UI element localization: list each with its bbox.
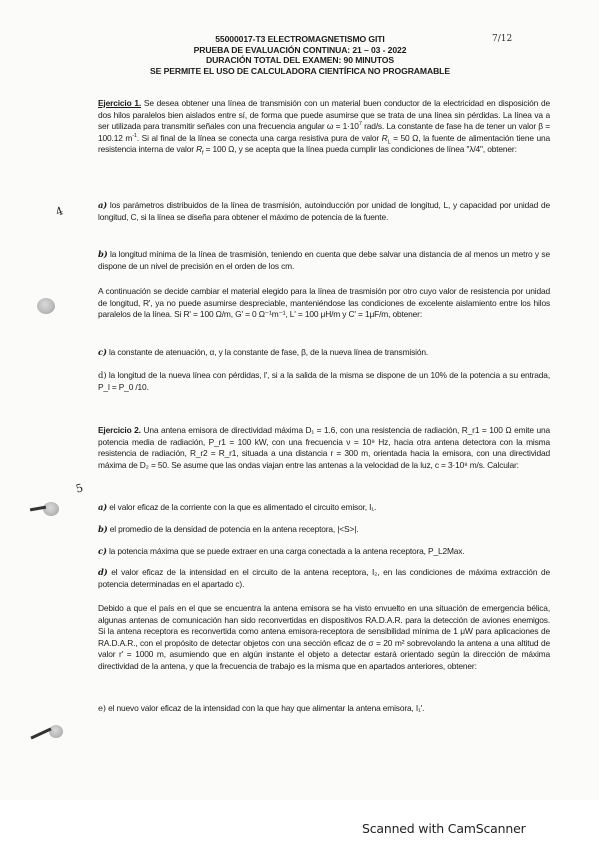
- exercise-2-label: Ejercicio 2.: [98, 425, 141, 435]
- exercise-2-item-b: b) el promedio de la densidad de potenci…: [98, 524, 550, 536]
- item-text: los parámetros distribuidos de la línea …: [98, 200, 550, 222]
- exercise-1-item-a: a) los parámetros distribuidos de la lín…: [98, 200, 550, 223]
- exercise-1-item-b: b) la longitud mínima de la línea de tra…: [98, 249, 550, 272]
- item-mark: d): [98, 370, 106, 380]
- exercise-2-item-e: e) el nuevo valor eficaz de la intensida…: [98, 703, 550, 715]
- ink-blot-icon: [43, 502, 59, 516]
- handwritten-score-mark: 4: [54, 204, 65, 219]
- item-text: la constante de atenuación, α, y la cons…: [109, 347, 428, 357]
- exercise-2-item-c: c) la potencia máxima que se puede extra…: [98, 546, 550, 558]
- exercise-1-text: . Si al final de la línea se conecta una…: [137, 133, 382, 143]
- item-mark: c): [98, 347, 107, 357]
- exam-duration: DURACIÓN TOTAL DEL EXAMEN: 90 MINUTOS: [100, 55, 500, 66]
- continuation-text: Debido a que el país en el que se encuen…: [98, 603, 550, 673]
- exercise-2-text: Una antena emisora de directividad máxim…: [98, 425, 550, 470]
- item-mark: a): [98, 502, 107, 512]
- exercise-2-item-a: a) el valor eficaz de la corriente con l…: [98, 502, 550, 514]
- course-title: 55000017-T3 ELECTROMAGNETISMO GITI: [100, 34, 500, 45]
- item-text: la longitud mínima de la línea de trasmi…: [98, 249, 550, 271]
- item-text: el valor eficaz de la corriente con la q…: [109, 502, 376, 512]
- ink-blot-icon: [49, 725, 63, 738]
- exam-header: 55000017-T3 ELECTROMAGNETISMO GITI PRUEB…: [100, 34, 500, 76]
- item-text: la longitud de la nueva línea con pérdid…: [98, 370, 550, 392]
- item-text: la potencia máxima que se puede extraer …: [109, 546, 465, 556]
- exercise-1-item-c: c) la constante de atenuación, α, y la c…: [98, 347, 550, 359]
- ink-blot-icon: [37, 298, 55, 314]
- item-text: el valor eficaz de la intensidad en el c…: [98, 567, 550, 589]
- item-mark: a): [98, 200, 107, 210]
- exercise-2-intro: Ejercicio 2. Una antena emisora de direc…: [98, 425, 550, 471]
- exercise-1-item-d: d) la longitud de la nueva línea con pér…: [98, 370, 550, 393]
- item-mark: d): [98, 567, 108, 577]
- continuation-text: A continuación se decide cambiar el mate…: [98, 286, 550, 321]
- exercise-1-text: = 100 Ω, y se acepta que la línea pueda …: [203, 144, 516, 154]
- item-text: el promedio de la densidad de potencia e…: [110, 524, 359, 534]
- item-mark: b): [98, 249, 108, 259]
- scanned-page: 55000017-T3 ELECTROMAGNETISMO GITI PRUEB…: [0, 0, 599, 800]
- exam-date: PRUEBA DE EVALUACIÓN CONTINUA: 21 – 03 -…: [100, 45, 500, 56]
- camscanner-watermark: Scanned with CamScanner: [362, 821, 526, 836]
- handwritten-page-number: 7/12: [492, 34, 512, 44]
- handwritten-score-mark: 5: [74, 481, 84, 495]
- item-mark: e): [98, 703, 106, 713]
- exercise-1-intro: Ejercicio 1. Se desea obtener una línea …: [98, 98, 550, 156]
- exercise-2-continuation: Debido a que el país en el que se encuen…: [98, 603, 550, 673]
- item-text: el nuevo valor eficaz de la intensidad c…: [108, 703, 424, 713]
- item-mark: b): [98, 524, 108, 534]
- exercise-1-label: Ejercicio 1.: [98, 98, 141, 108]
- calculator-note: SE PERMITE EL USO DE CALCULADORA CIENTÍF…: [100, 66, 500, 77]
- exercise-2-item-d: d) el valor eficaz de la intensidad en e…: [98, 567, 550, 590]
- item-mark: c): [98, 546, 107, 556]
- exercise-1-continuation: A continuación se decide cambiar el mate…: [98, 286, 550, 321]
